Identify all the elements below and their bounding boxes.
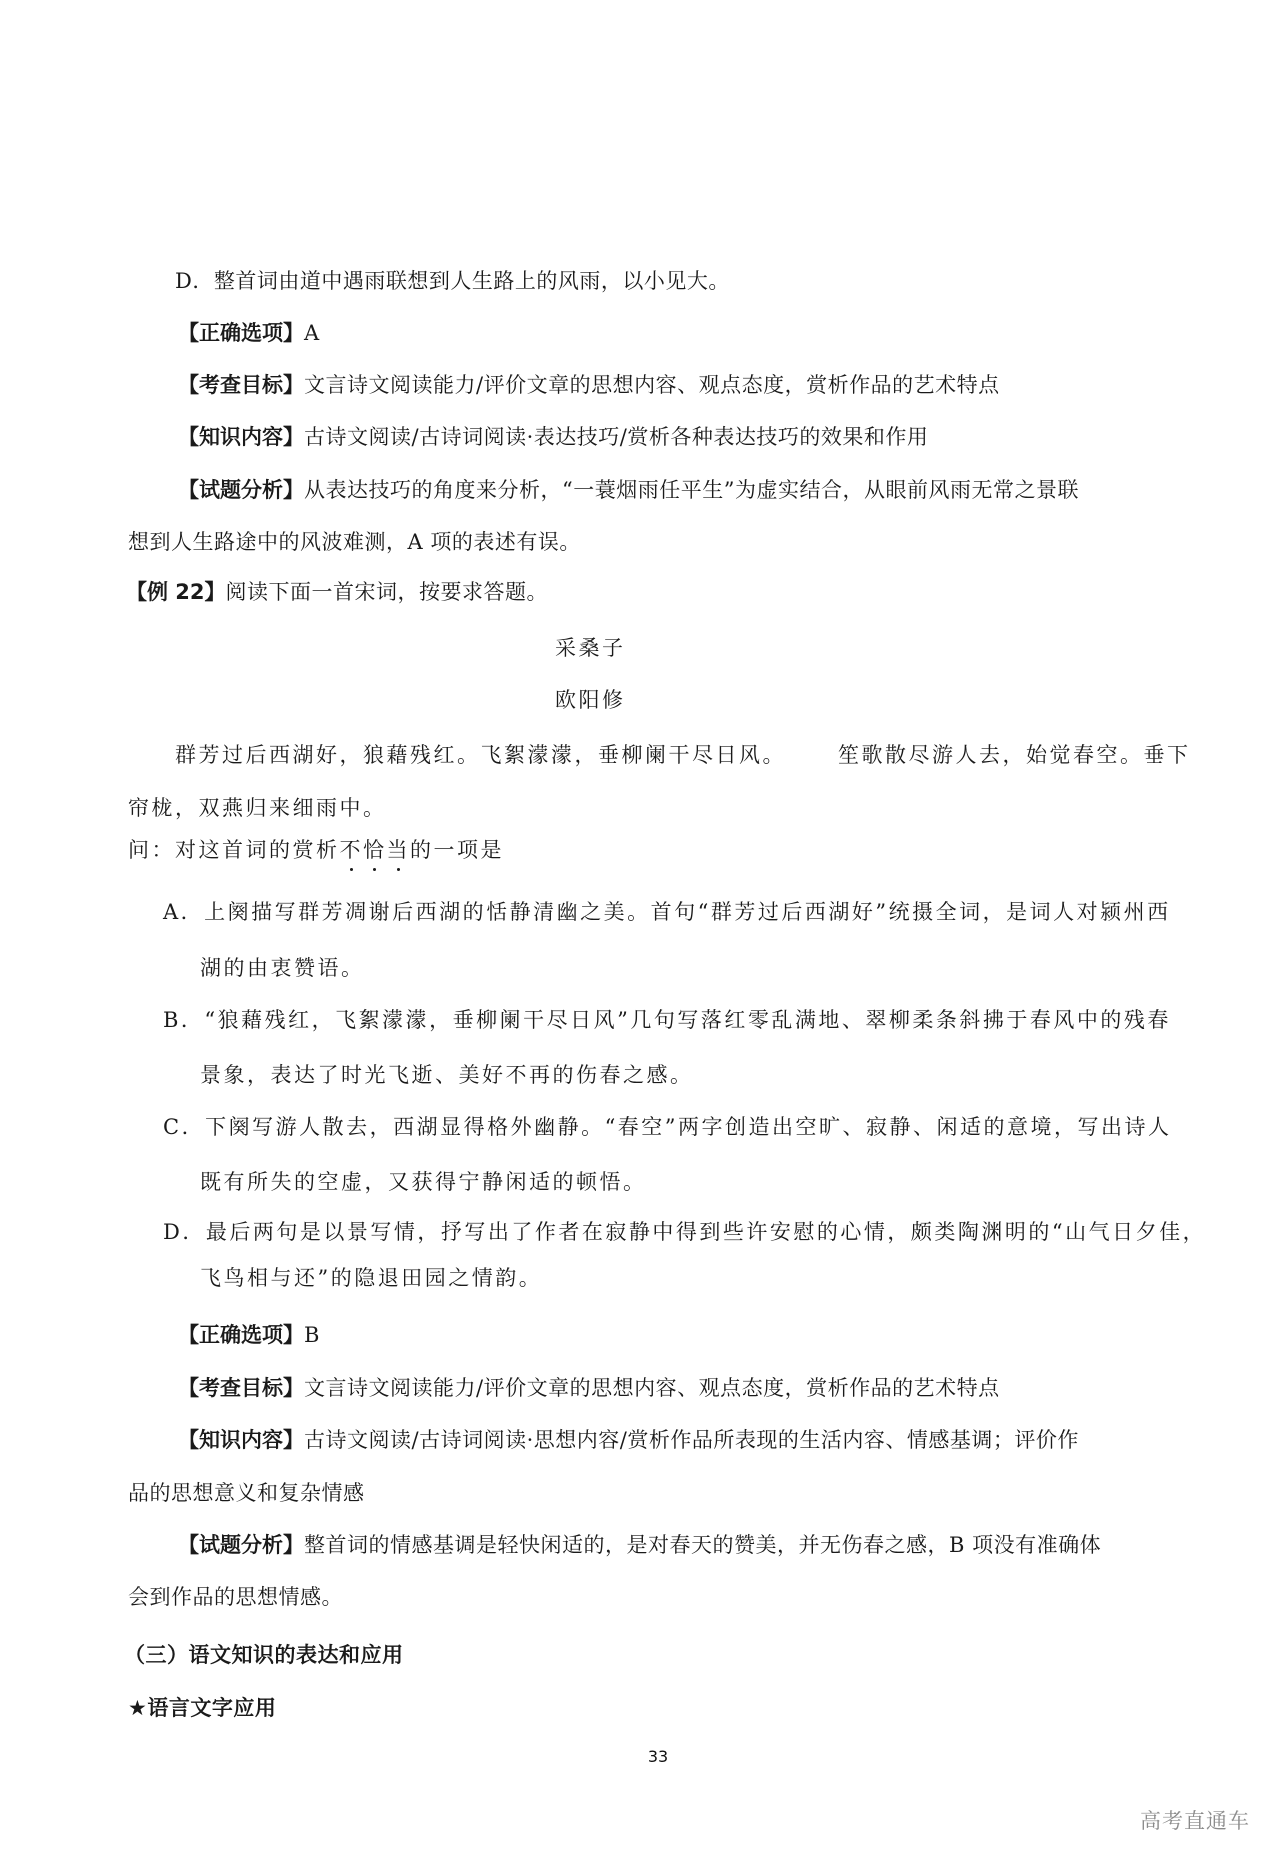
analysis-tag: 【试题分析】 (178, 478, 304, 502)
analysis-line1: 从表达技巧的角度来分析，“一蓑烟雨任平生”为虚实结合，从眼前风雨无常之景联 (304, 478, 1079, 502)
objective-value: 文言诗文阅读能力/评价文章的思想内容、观点态度，赏析作品的艺术特点 (304, 1376, 1000, 1400)
emphasis-char: 不 (340, 837, 364, 863)
example-prompt: 阅读下面一首宋词，按要求答题。 (226, 580, 549, 604)
answer-value: A (304, 321, 320, 345)
example-header: 【例 22】阅读下面一首宋词，按要求答题。 (126, 579, 548, 605)
knowledge-line2: 品的思想意义和复杂情感 (128, 1480, 365, 1506)
option-c-line2: 既有所失的空虚，又获得宁静闲适的顿悟。 (200, 1169, 647, 1195)
poem-line-2: 帘栊，双燕归来细雨中。 (128, 795, 387, 821)
emphasis-char: 当 (387, 837, 411, 863)
analysis-row-prev: 【试题分析】从表达技巧的角度来分析，“一蓑烟雨任平生”为虚实结合，从眼前风雨无常… (178, 477, 1079, 503)
option-c-line1: C．下阕写游人散去，西湖显得格外幽静。“春空”两字创造出空旷、寂静、闲适的意境，… (163, 1114, 1172, 1140)
answer-row-prev: 【正确选项】A (178, 320, 320, 346)
option-b-line2: 景象，表达了时光飞逝、美好不再的伤春之感。 (200, 1062, 694, 1088)
knowledge-row: 【知识内容】古诗文阅读/古诗词阅读·思想内容/赏析作品所表现的生活内容、情感基调… (178, 1427, 1079, 1453)
subsection-heading: ★语言文字应用 (128, 1695, 276, 1721)
knowledge-tag: 【知识内容】 (178, 425, 304, 449)
knowledge-line1: 古诗文阅读/古诗词阅读·思想内容/赏析作品所表现的生活内容、情感基调；评价作 (304, 1428, 1079, 1452)
option-d-prev: D．整首词由道中遇雨联想到人生路上的风雨，以小见大。 (175, 268, 730, 294)
poem-author: 欧阳修 (555, 687, 626, 713)
knowledge-value: 古诗文阅读/古诗词阅读·表达技巧/赏析各种表达技巧的效果和作用 (304, 425, 928, 449)
page-number: 33 (640, 1747, 676, 1766)
answer-row: 【正确选项】B (178, 1322, 320, 1348)
question-pre: 问：对这首词的赏析 (128, 838, 340, 862)
option-d-line1: D．最后两句是以景写情，抒写出了作者在寂静中得到些许安慰的心情，颇类陶渊明的“山… (163, 1219, 1206, 1245)
question-post: 的一项是 (410, 838, 504, 862)
answer-tag: 【正确选项】 (178, 1323, 304, 1347)
emphasis-char: 恰 (363, 837, 387, 863)
question-stem: 问：对这首词的赏析不恰当的一项是 (128, 837, 504, 863)
objective-value: 文言诗文阅读能力/评价文章的思想内容、观点态度，赏析作品的艺术特点 (304, 373, 1000, 397)
answer-value: B (304, 1323, 320, 1347)
knowledge-tag: 【知识内容】 (178, 1428, 304, 1452)
analysis-line2-prev: 想到人生路途中的风波难测，A 项的表述有误。 (128, 529, 581, 555)
objective-tag: 【考查目标】 (178, 373, 304, 397)
example-tag: 【例 22】 (126, 580, 226, 604)
analysis-line2: 会到作品的思想情感。 (128, 1584, 343, 1610)
analysis-tag: 【试题分析】 (178, 1533, 304, 1557)
poem-title: 采桑子 (555, 635, 626, 661)
poem-line-1a: 群芳过后西湖好，狼藉残红。飞絮濛濛，垂柳阑干尽日风。 (175, 742, 786, 768)
option-b-line1: B．“狼藉残红，飞絮濛濛，垂柳阑干尽日风”几句写落红零乱满地、翠柳柔条斜拂于春风… (163, 1007, 1171, 1033)
poem-line-1b: 笙歌散尽游人去，始觉春空。垂下 (838, 742, 1191, 768)
objective-tag: 【考查目标】 (178, 1376, 304, 1400)
analysis-line1: 整首词的情感基调是轻快闲适的，是对春天的赞美，并无伤春之感，B 项没有准确体 (304, 1533, 1101, 1557)
objective-row-prev: 【考查目标】文言诗文阅读能力/评价文章的思想内容、观点态度，赏析作品的艺术特点 (178, 372, 1000, 398)
option-a-line1: A．上阕描写群芳凋谢后西湖的恬静清幽之美。首句“群芳过后西湖好”统摄全词，是词人… (163, 899, 1171, 925)
option-a-line2: 湖的由衷赞语。 (200, 955, 365, 981)
answer-tag: 【正确选项】 (178, 321, 304, 345)
option-d-line2: 飞鸟相与还”的隐退田园之情韵。 (200, 1265, 542, 1291)
watermark: 高考直通车 (1140, 1805, 1250, 1835)
knowledge-row-prev: 【知识内容】古诗文阅读/古诗词阅读·表达技巧/赏析各种表达技巧的效果和作用 (178, 424, 928, 450)
objective-row: 【考查目标】文言诗文阅读能力/评价文章的思想内容、观点态度，赏析作品的艺术特点 (178, 1375, 1000, 1401)
analysis-row: 【试题分析】整首词的情感基调是轻快闲适的，是对春天的赞美，并无伤春之感，B 项没… (178, 1532, 1101, 1558)
section-heading: （三）语文知识的表达和应用 (124, 1642, 404, 1668)
